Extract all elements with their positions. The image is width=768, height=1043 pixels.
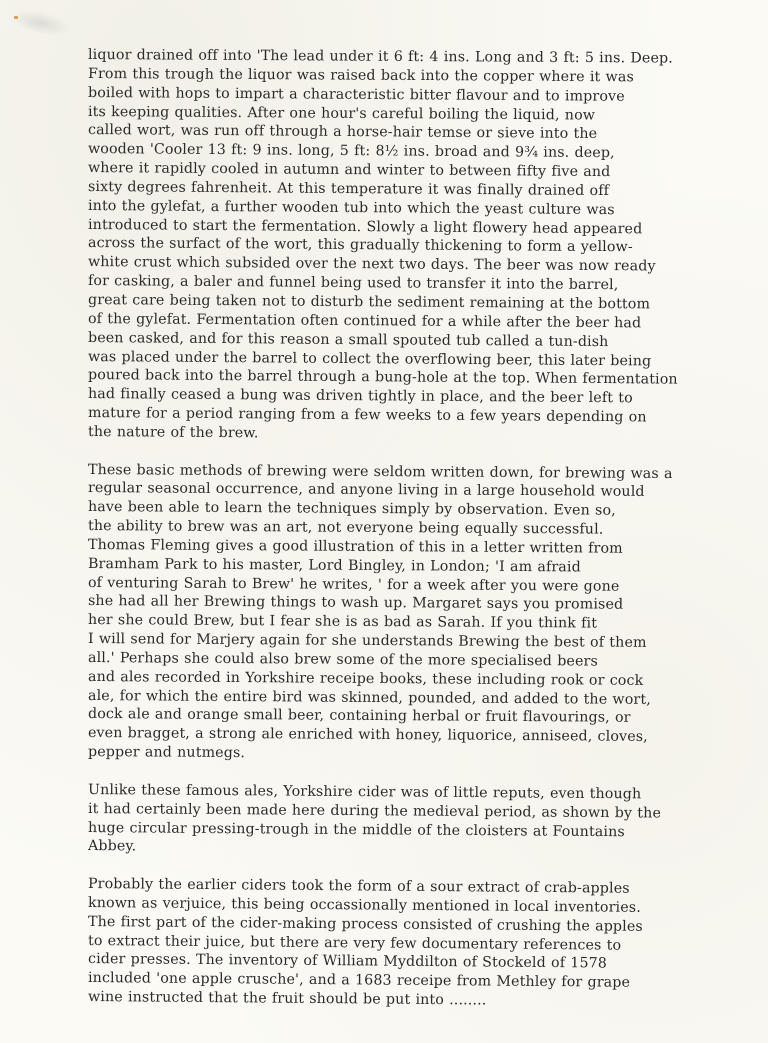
paragraph-earlier-ciders: Probably the earlier ciders took the for… <box>88 875 764 1007</box>
paper-stain-dot <box>14 16 18 19</box>
paragraph-brewing-process: liquor drained off into 'The lead under … <box>88 46 764 442</box>
text-line: Abbey. <box>88 837 764 861</box>
paper-smudge-mark <box>8 6 73 40</box>
typescript-body: liquor drained off into 'The lead under … <box>88 46 764 1026</box>
text-line: pepper and nutmegs. <box>88 743 764 767</box>
paragraph-yorkshire-cider: Unlike these famous ales, Yorkshire cide… <box>88 781 764 856</box>
paragraph-brewing-knowledge: These basic methods of brewing were seld… <box>88 461 764 763</box>
scanned-typescript-page: liquor drained off into 'The lead under … <box>0 0 768 1043</box>
